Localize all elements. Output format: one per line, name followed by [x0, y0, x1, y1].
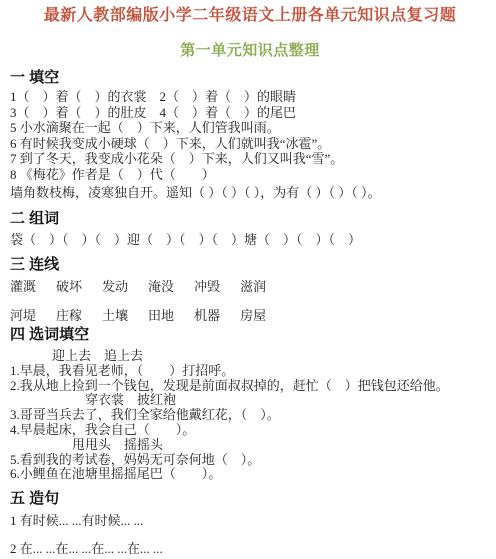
unit-subtitle: 第一单元知识点整理 [10, 41, 490, 60]
match-row-verbs: 灌溉 破坏 发动 淹没 冲毁 滋润 [10, 279, 490, 295]
section-lines: 袋（ ）（ ）（ ）迎（ ）（ ）（ ）塘（ ）（ ）（ ） [10, 232, 490, 248]
text-line: 6.小鲤鱼在池塘里摇摇尾巴（ ）。 [10, 467, 490, 482]
word-option-line: 穿衣裳 披红袍 [10, 393, 490, 408]
section-heading: 一 填空 [10, 69, 490, 86]
match-word: 机器 [194, 308, 220, 324]
section-heading: 三 连线 [10, 256, 490, 273]
text-line: 袋（ ）（ ）（ ）迎（ ）（ ）（ ）塘（ ）（ ）（ ） [10, 232, 490, 248]
text-line: 3.哥哥当兵去了，我们全家给他戴红花，（ ）。 [10, 408, 490, 423]
match-word: 庄稼 [56, 308, 82, 324]
word-option-line: 甩甩头 摇摇头 [10, 438, 490, 453]
text-line: 2 在... ...在... ...在... ...在... ... [10, 541, 490, 557]
worksheet-page: 最新人教部编版小学二年级语文上册各单元知识点复习题 第一单元知识点整理 一 填空… [0, 0, 496, 559]
word-option-line: 迎上去 追上去 [10, 349, 490, 364]
text-line: 5.看到我的考试卷，妈妈无可奈何地（ ）。 [10, 453, 490, 468]
match-word: 冲毁 [194, 279, 220, 295]
section-matching: 三 连线 灌溉 破坏 发动 淹没 冲毁 滋润 河堤 庄稼 土壤 田地 机器 房屋 [10, 256, 490, 323]
match-word: 土壤 [102, 308, 128, 324]
section-sentence-making: 五 造句 1 有时候... ...有时候... ... 2 在... ...在.… [10, 490, 490, 556]
text-line: 4.早晨起床，我会自己（ ）。 [10, 423, 490, 438]
match-word: 田地 [148, 308, 174, 324]
match-word: 滋润 [240, 279, 266, 295]
text-line: 1（ ）着（ ）的衣裳 2（ ）着（ ）的眼睛 [10, 89, 490, 105]
match-word: 破坏 [56, 279, 82, 295]
section-heading: 五 造句 [10, 490, 490, 507]
match-word: 灌溉 [10, 279, 36, 295]
section-lines: 迎上去 追上去 1.早晨，我看见老师，（ ）打招呼。 2.我从地上捡到一个钱包，… [10, 349, 490, 482]
text-line: 1.早晨，我看见老师，（ ）打招呼。 [10, 364, 490, 379]
main-title: 最新人教部编版小学二年级语文上册各单元知识点复习题 [10, 5, 490, 26]
match-word: 发动 [102, 279, 128, 295]
text-line: 6 有时候我变成小硬球（ ）下来，人们就叫我“冰雹”。 [10, 136, 490, 152]
text-line: 3（ ）着（ ）的肚皮 4（ ）着（ ）的尾巴 [10, 105, 490, 121]
section-lines: 1（ ）着（ ）的衣裳 2（ ）着（ ）的眼睛 3（ ）着（ ）的肚皮 4（ ）… [10, 89, 490, 201]
text-line: 1 有时候... ...有时候... ... [10, 513, 490, 529]
section-lines: 1 有时候... ...有时候... ... 2 在... ...在... ..… [10, 513, 490, 556]
section-word-choice: 四 选词填空 迎上去 追上去 1.早晨，我看见老师，（ ）打招呼。 2.我从地上… [10, 326, 490, 482]
text-line: 7 到了冬天，我变成小花朵（ ）下来，人们又叫我“雪”。 [10, 151, 490, 167]
text-line: 5 小水滴聚在一起（ ）下来，人们管我叫雨。 [10, 120, 490, 136]
match-word: 房屋 [240, 308, 266, 324]
text-line: 2.我从地上捡到一个钱包，发现是前面叔叔掉的，赶忙（ ）把钱包还给他。 [10, 379, 490, 394]
section-word-groups: 二 组词 袋（ ）（ ）（ ）迎（ ）（ ）（ ）塘（ ）（ ）（ ） [10, 210, 490, 248]
text-line: 8 《梅花》作者是（ ）代（ ） [10, 167, 490, 183]
match-word: 河堤 [10, 308, 36, 324]
match-row-nouns: 河堤 庄稼 土壤 田地 机器 房屋 [10, 308, 490, 324]
section-heading: 二 组词 [10, 210, 490, 227]
section-heading: 四 选词填空 [10, 326, 490, 343]
match-word: 淹没 [148, 279, 174, 295]
section-fill-in-blanks: 一 填空 1（ ）着（ ）的衣裳 2（ ）着（ ）的眼睛 3（ ）着（ ）的肚皮… [10, 69, 490, 201]
poem-line: 墙角数枝梅，凌寒独自开。遥知（ ）（ ）（ ），为有（ ）（ ）（ ）。 [10, 185, 490, 201]
